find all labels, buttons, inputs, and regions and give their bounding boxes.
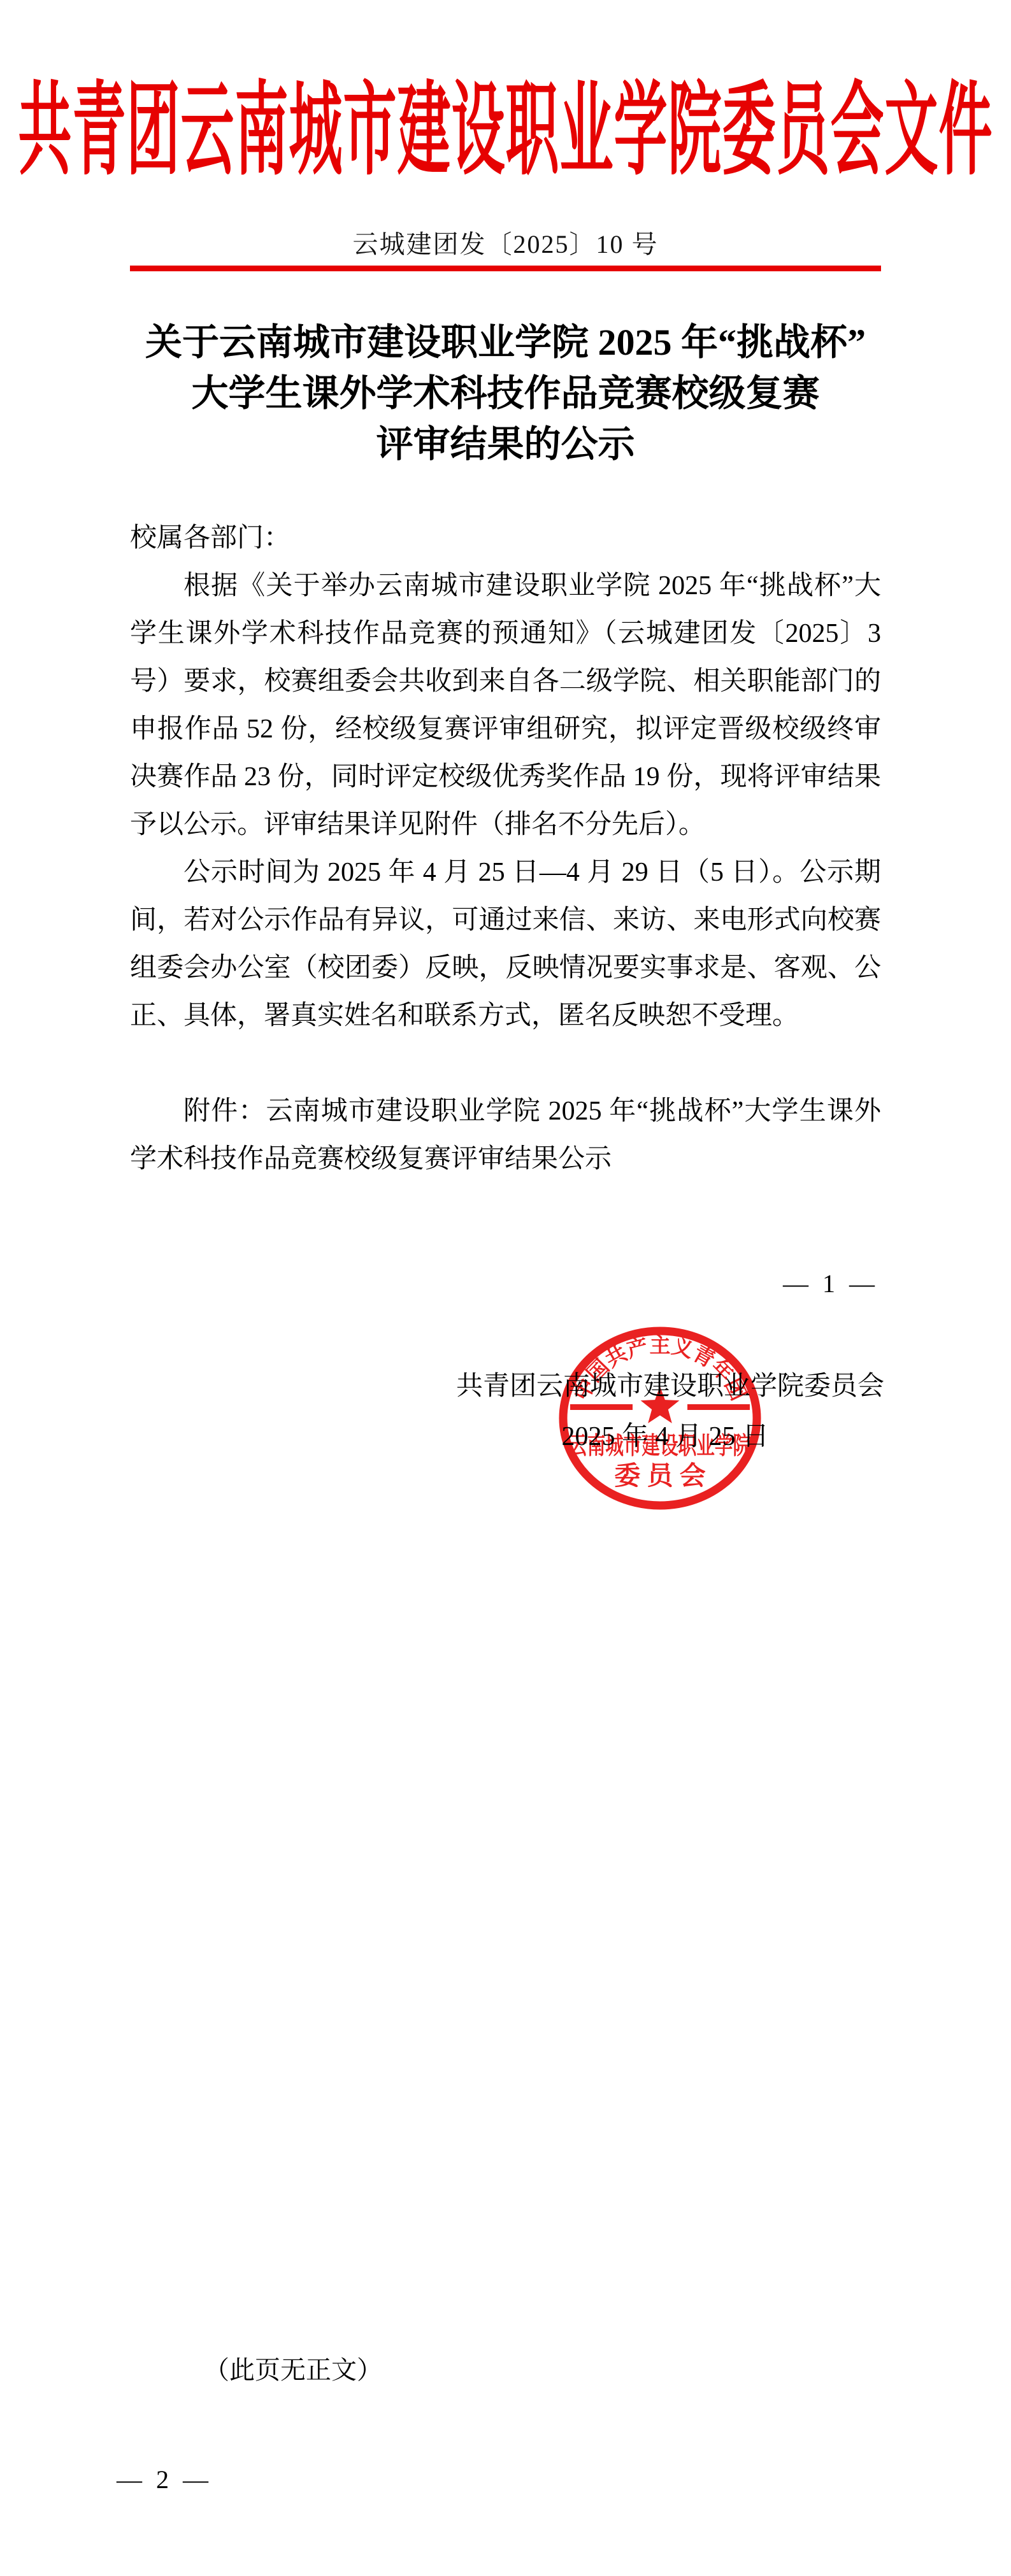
blank-line-spacer bbox=[130, 1040, 881, 1088]
seal-committee-text: 委 员 会 bbox=[614, 1461, 706, 1490]
seal-right-bar bbox=[687, 1404, 750, 1410]
document-title-line-1: 关于云南城市建设职业学院 2025 年“挑战杯” bbox=[0, 317, 1011, 368]
page-1-number: — 1 — bbox=[783, 1269, 878, 1299]
seal-star-icon bbox=[641, 1386, 680, 1423]
red-divider-rule bbox=[130, 266, 881, 271]
document-number: 云城建团发〔2025〕10 号 bbox=[0, 224, 1011, 260]
page-2-number: — 2 — bbox=[117, 2465, 212, 2494]
document-page: 共青团云南城市建设职业学院委员会文件 云城建团发〔2025〕10 号 关于云南城… bbox=[0, 0, 1011, 2576]
seal-left-bar bbox=[570, 1404, 633, 1410]
letterhead-title: 共青团云南城市建设职业学院委员会文件 bbox=[0, 82, 1011, 183]
salutation: 校属各部门： bbox=[130, 515, 881, 562]
document-title-line-3: 评审结果的公示 bbox=[0, 419, 1011, 470]
body-paragraph-2: 公示时间为 2025 年 4 月 25 日—4 月 29 日（5 日）。公示期间… bbox=[130, 849, 881, 1040]
no-body-text-note: （此页无正文） bbox=[204, 2350, 382, 2386]
official-red-seal: 中国共产主义青年团 云南城市建设职业学院 委 员 会 bbox=[557, 1326, 763, 1511]
document-body: 校属各部门： 根据《关于举办云南城市建设职业学院 2025 年“挑战杯”大学生课… bbox=[130, 515, 881, 1183]
document-title: 关于云南城市建设职业学院 2025 年“挑战杯” 大学生课外学术科技作品竞赛校级… bbox=[0, 317, 1011, 470]
attachment-line: 附件：云南城市建设职业学院 2025 年“挑战杯”大学生课外学术科技作品竞赛校级… bbox=[130, 1088, 881, 1183]
body-paragraph-1: 根据《关于举办云南城市建设职业学院 2025 年“挑战杯”大学生课外学术科技作品… bbox=[130, 562, 881, 849]
document-title-line-2: 大学生课外学术科技作品竞赛校级复赛 bbox=[0, 368, 1011, 419]
seal-org-name: 云南城市建设职业学院 bbox=[569, 1433, 751, 1460]
